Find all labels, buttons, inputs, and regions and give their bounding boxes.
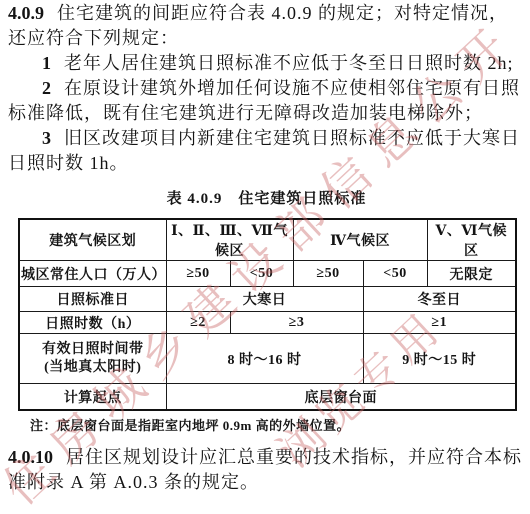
cell-hours-label: 日照时数（h） (19, 312, 166, 334)
clause-4-0-10-text-1: 居住区规划设计应汇总重要的技术指标，并应符合本标 (66, 447, 522, 467)
clause-4-0-9-item-3-line-2: 日照时数 1h。 (8, 151, 522, 176)
table-row-standard-day: 日照标准日 大寒日 冬至日 (19, 287, 516, 312)
time-band-label-line1: 有效日照时间带 (21, 341, 165, 359)
table-4-0-9-title: 表 4.0.9 住宅建筑日照标准 (18, 189, 515, 209)
standard-document-page: 住房城乡建设部信息公开 浏览专用 4.0.9住宅建筑的间距应符合表 4.0.9 … (0, 0, 530, 514)
table-row-sunlight-hours: 日照时数（h） ≥2 ≥3 ≥1 (19, 312, 516, 334)
cell-calc-start-value: 底层窗台面 (166, 384, 516, 411)
item-3-text-1: 旧区改建项目内新建住宅建筑日照标准不应低于大寒日 (64, 128, 520, 148)
clause-4-0-9-item-1: 1老年人居住建筑日照标准不应低于冬至日日照时数 2h; (8, 51, 522, 76)
cell-standard-day-label: 日照标准日 (19, 287, 166, 312)
item-2-text-1: 在原设计建筑外增加任何设施不应使相邻住宅原有日照 (64, 78, 520, 98)
table-row-population: 城区常住人口（万人） ≥50 <50 ≥50 <50 无限定 (19, 261, 516, 287)
clause-4-0-9-item-2-line-1: 2在原设计建筑外增加任何设施不应使相邻住宅原有日照 (8, 76, 522, 101)
clause-4-0-9-line-2: 还应符合下列规定： (8, 26, 522, 51)
item-2-number: 2 (42, 78, 51, 98)
cell-population-v5: 无限定 (427, 261, 516, 287)
cell-population-v2: <50 (230, 261, 293, 287)
clause-4-0-9-line-1: 4.0.9住宅建筑的间距应符合表 4.0.9 的规定；对特定情况， (8, 1, 522, 26)
clause-4-0-10-line-2: 准附录 A 第 A.0.3 条的规定。 (8, 470, 522, 495)
clause-4-0-9-item-3-line-1: 3旧区改建项目内新建住宅建筑日照标准不应低于大寒日 (8, 126, 522, 151)
page-content: 4.0.9住宅建筑的间距应符合表 4.0.9 的规定；对特定情况， 还应符合下列… (0, 0, 530, 495)
table-row-calc-start: 计算起点 底层窗台面 (19, 384, 516, 411)
cell-time-band-v2: 9 时～15 时 (363, 334, 516, 384)
cell-zone-4: Ⅳ气候区 (293, 219, 427, 261)
clause-4-0-9-item-2-line-2: 标准降低，既有住宅建筑进行无障碍改造加装电梯除外； (8, 101, 522, 126)
cell-zone-label: 建筑气候区划 (19, 219, 166, 261)
table-note: 注：底层窗台面是指距室内地坪 0.9m 高的外墙位置。 (30, 418, 522, 434)
cell-population-label: 城区常住人口（万人） (19, 261, 166, 287)
cell-population-v4: <50 (363, 261, 427, 287)
cell-standard-day-dongzhi: 冬至日 (363, 287, 516, 312)
item-3-number: 3 (42, 128, 51, 148)
sunlight-standard-table: 建筑气候区划 Ⅰ、Ⅱ、Ⅲ、Ⅶ气候区 Ⅳ气候区 Ⅴ、Ⅵ气候区 城区常住人口（万人）… (18, 218, 517, 411)
cell-zone-5-6: Ⅴ、Ⅵ气候区 (427, 219, 516, 261)
cell-zone-1-2-3-7: Ⅰ、Ⅱ、Ⅲ、Ⅶ气候区 (166, 219, 293, 261)
table-row-climate-zone: 建筑气候区划 Ⅰ、Ⅱ、Ⅲ、Ⅶ气候区 Ⅳ气候区 Ⅴ、Ⅵ气候区 (19, 219, 516, 261)
cell-hours-v3: ≥1 (363, 312, 516, 334)
table-row-time-band: 有效日照时间带 (当地真太阳时) 8 时～16 时 9 时～15 时 (19, 334, 516, 384)
cell-time-band-v1: 8 时～16 时 (166, 334, 363, 384)
cell-hours-v2: ≥3 (230, 312, 363, 334)
cell-standard-day-dahan: 大寒日 (166, 287, 363, 312)
cell-hours-v1: ≥2 (166, 312, 230, 334)
clause-4-0-9-intro-1: 住宅建筑的间距应符合表 4.0.9 的规定；对特定情况， (57, 3, 508, 23)
cell-population-v3: ≥50 (293, 261, 363, 287)
item-1-number: 1 (42, 53, 51, 73)
cell-time-band-label: 有效日照时间带 (当地真太阳时) (19, 334, 166, 384)
time-band-label-line2: (当地真太阳时) (21, 359, 165, 377)
clause-4-0-10-number: 4.0.10 (8, 447, 53, 467)
item-1-text: 老年人居住建筑日照标准不应低于冬至日日照时数 2h; (64, 53, 514, 73)
clause-4-0-9-number: 4.0.9 (8, 3, 44, 23)
cell-population-v1: ≥50 (166, 261, 230, 287)
cell-calc-start-label: 计算起点 (19, 384, 166, 411)
clause-4-0-10-line-1: 4.0.10居住区规划设计应汇总重要的技术指标，并应符合本标 (8, 445, 522, 470)
